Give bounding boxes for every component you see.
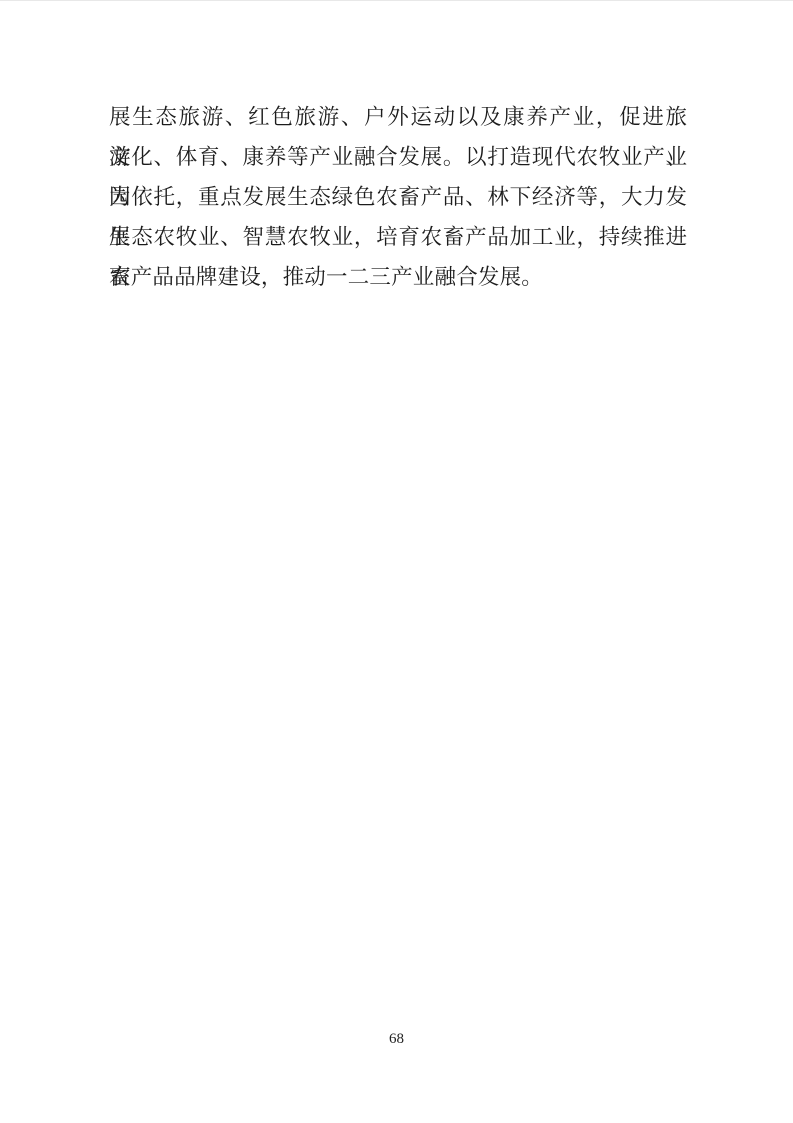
page-number: 68: [0, 1031, 793, 1048]
paragraph-line: 为依托，重点发展生态绿色农畜产品、林下经济等，大力发展: [109, 177, 687, 217]
paragraph-line: 生态农牧业、智慧农牧业，培育农畜产品加工业，持续推进农: [109, 217, 687, 257]
paragraph-block: 展生态旅游、红色旅游、户外运动以及康养产业，促进旅游、 文化、体育、康养等产业融…: [109, 97, 687, 297]
paragraph-line: 展生态旅游、红色旅游、户外运动以及康养产业，促进旅游、: [109, 97, 687, 137]
paragraph-line: 文化、体育、康养等产业融合发展。以打造现代农牧业产业园: [109, 137, 687, 177]
paragraph-line-last: 畜产品品牌建设，推动一二三产业融合发展。: [109, 257, 687, 297]
document-page: 展生态旅游、红色旅游、户外运动以及康养产业，促进旅游、 文化、体育、康养等产业融…: [0, 0, 793, 1123]
